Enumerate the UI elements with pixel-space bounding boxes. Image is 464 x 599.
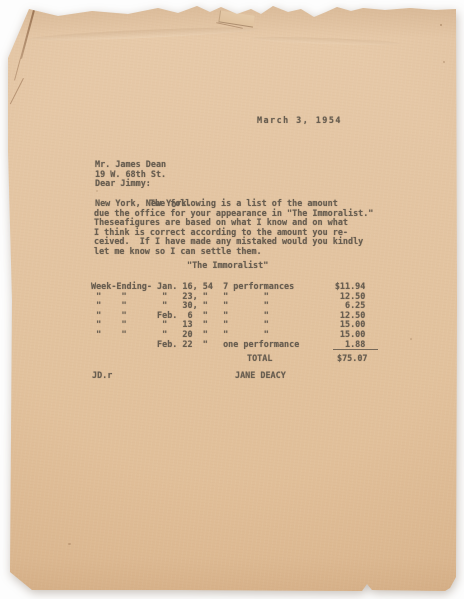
paper-wrinkle xyxy=(28,25,258,43)
corner-crease-line xyxy=(14,58,21,81)
paper-wrinkle xyxy=(250,35,400,46)
paper-stain xyxy=(443,61,445,63)
amount-column-underline xyxy=(333,349,378,350)
corner-crease-line xyxy=(10,78,24,104)
paper-shadow-wrap: March 3, 1954 Mr. James Dean19 W. 68th S… xyxy=(0,0,464,599)
paper-stain xyxy=(440,24,442,26)
letter-date: March 3, 1954 xyxy=(257,116,342,126)
total-label: TOTAL xyxy=(247,354,272,364)
total-amount: $75.07 xyxy=(337,354,367,364)
torn-edge-crease xyxy=(216,22,243,29)
salutation: Dear Jimmy: xyxy=(95,179,151,189)
letter-paper: March 3, 1954 Mr. James Dean19 W. 68th S… xyxy=(0,0,464,599)
paper-stain xyxy=(410,338,412,340)
scanned-letter-photo: March 3, 1954 Mr. James Dean19 W. 68th S… xyxy=(0,0,464,599)
recipient-name-street-lines: Mr. James Dean19 W. 68th St. xyxy=(95,160,192,179)
signature-jane-deacy: JANE DEACY xyxy=(235,371,286,381)
letter-body: The following is a list of the amountdue… xyxy=(94,199,373,257)
payment-schedule-table: Week-Ending- Jan. 16, 54 7 performances … xyxy=(91,282,365,349)
show-title: "The Immoralist" xyxy=(187,261,268,271)
torn-edge-flap xyxy=(218,10,254,27)
corner-crease-line xyxy=(20,10,34,59)
typist-initials: JD.r xyxy=(92,371,112,381)
paper-stain xyxy=(68,543,71,545)
